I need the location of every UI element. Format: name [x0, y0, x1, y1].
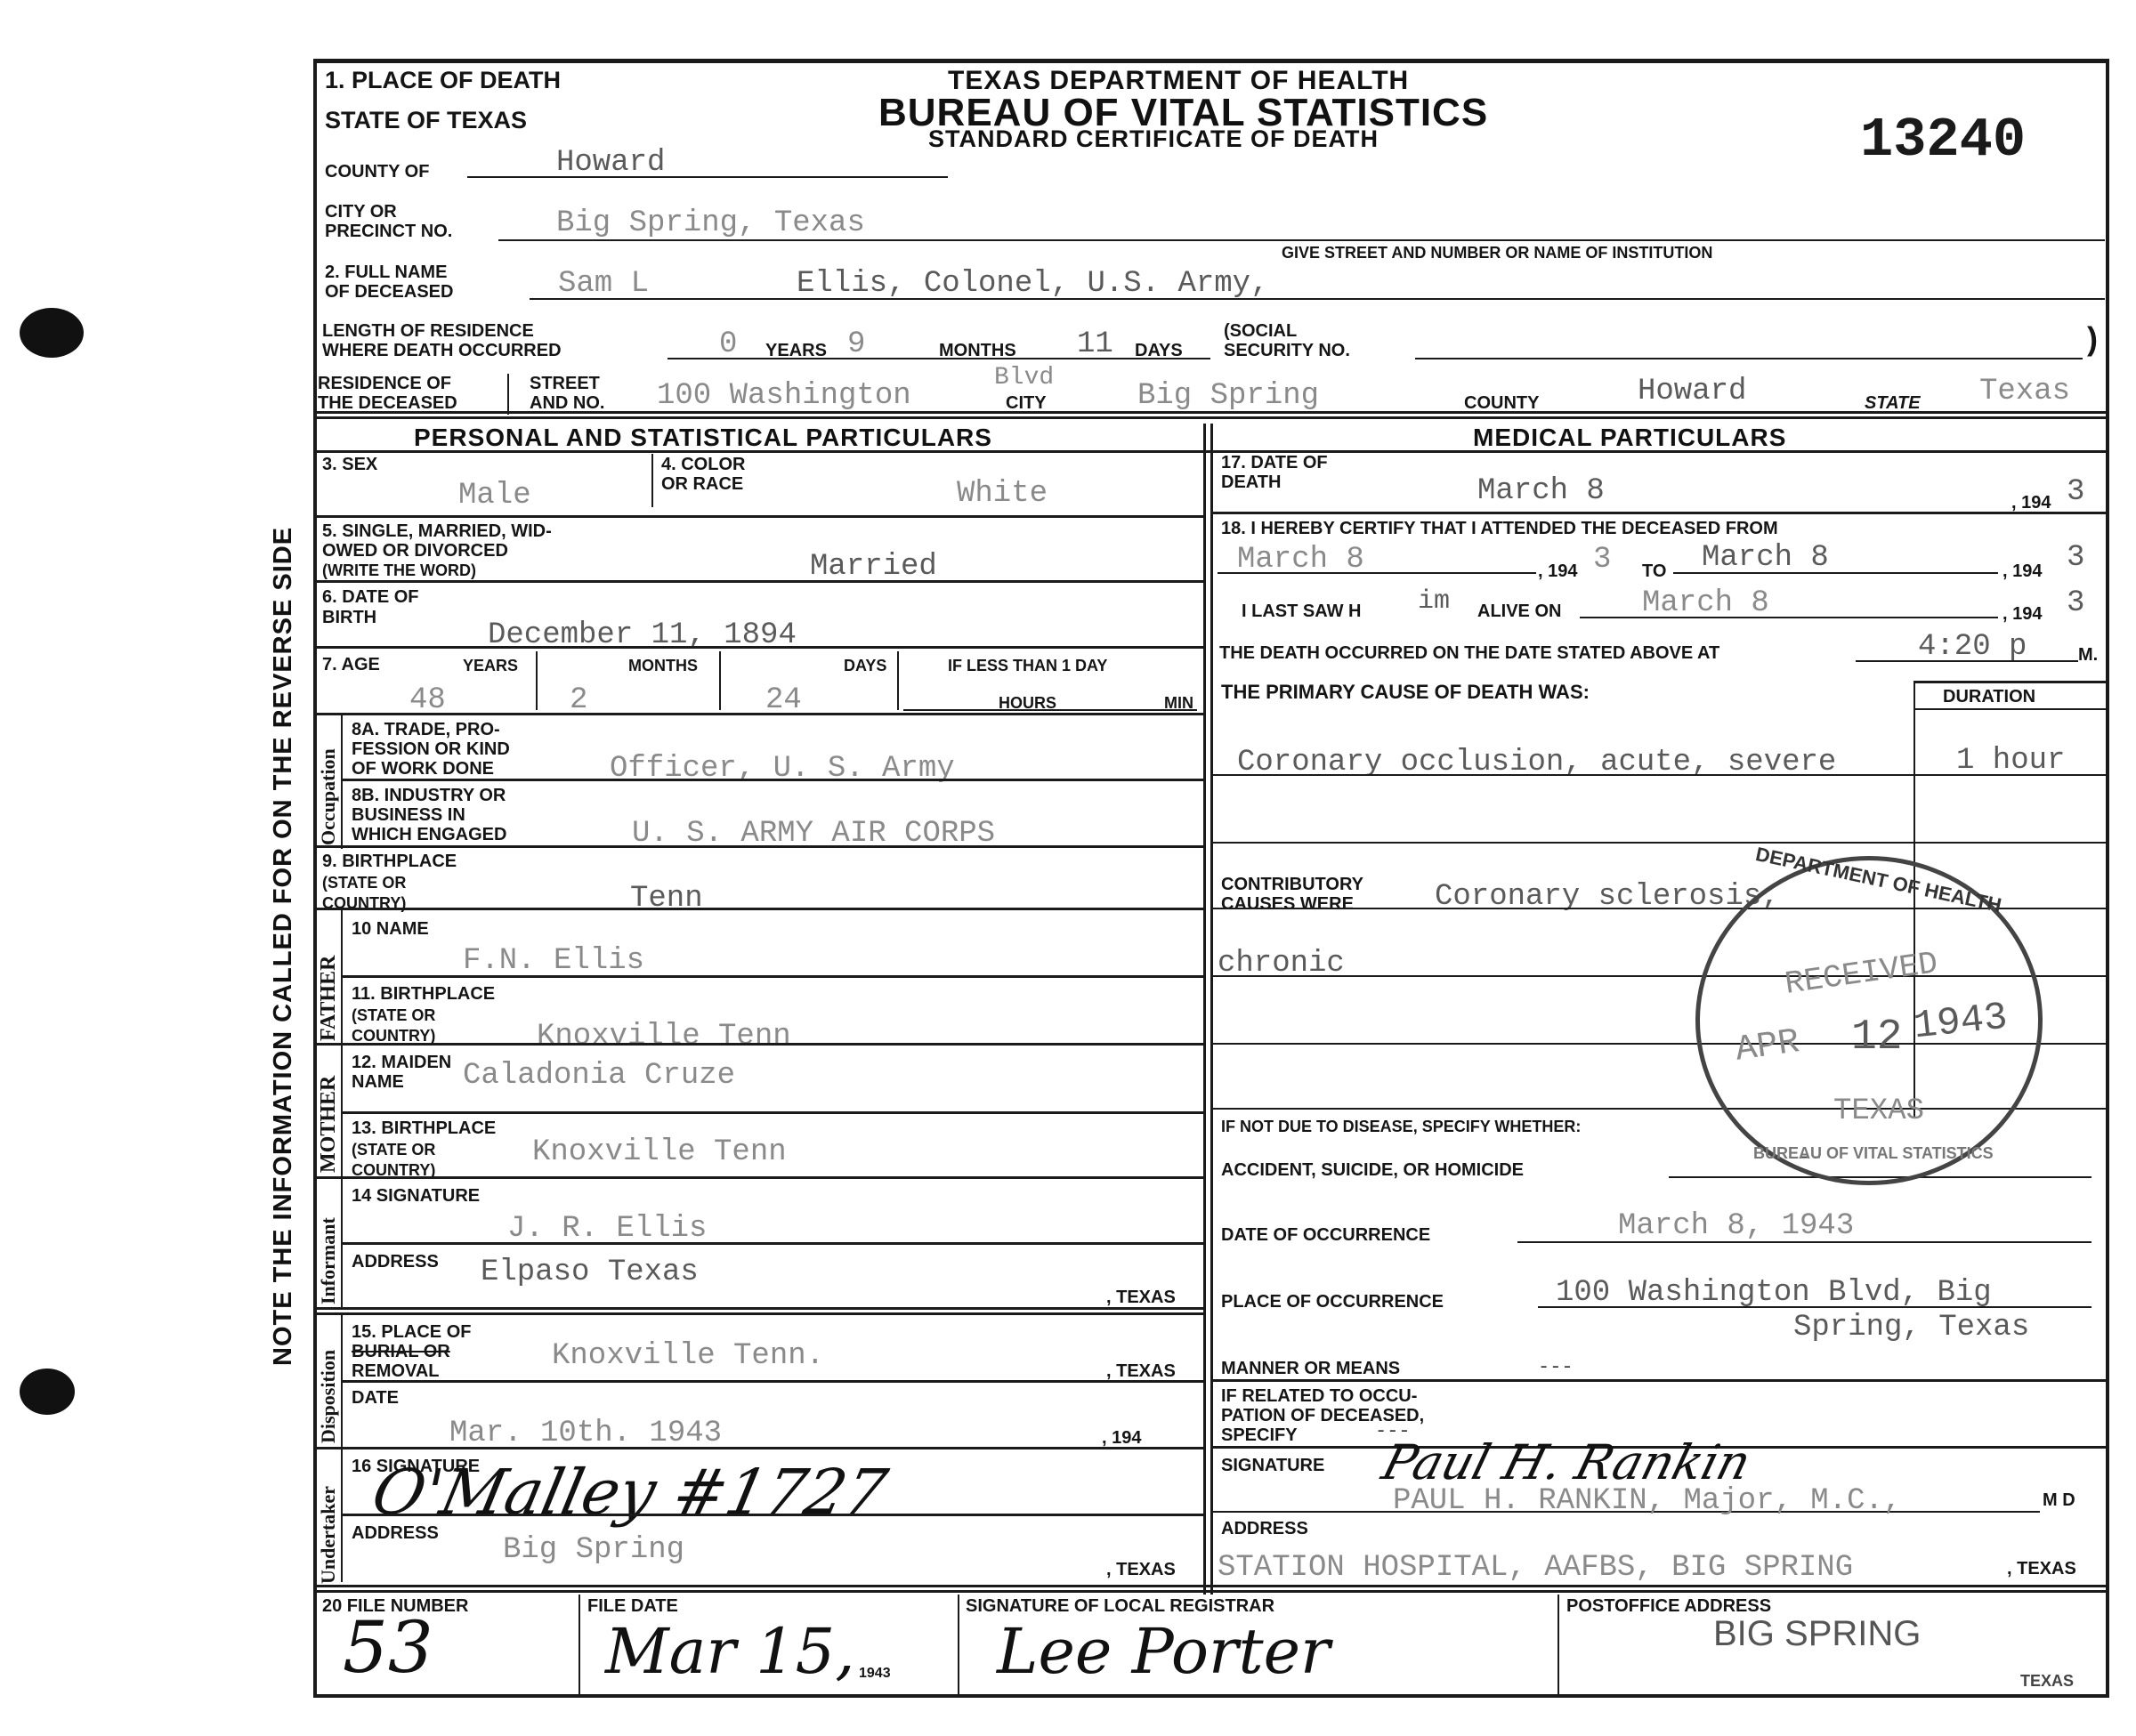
- dob-label-1: 6. DATE OF: [322, 588, 419, 607]
- undertaker-address: Big Spring: [503, 1535, 684, 1565]
- received-stamp: DEPARTMENT OF HEALTH RECEIVED APR 12 194…: [1695, 856, 2043, 1185]
- trade-label-3: OF WORK DONE: [352, 760, 494, 779]
- row-rule-informant: [313, 1307, 1203, 1310]
- industry-label-3: WHICH ENGAGED: [352, 826, 506, 844]
- occurrence-date: March 8, 1943: [1618, 1211, 1854, 1241]
- father-side-label: FATHER: [317, 956, 341, 1041]
- sex-race-divider: [651, 454, 653, 507]
- row-rule-father-name: [343, 975, 1203, 978]
- informant-side-label: Informant: [317, 1217, 340, 1304]
- informant-signature: J. R. Ellis: [507, 1214, 707, 1244]
- trade-label-2: FESSION OR KIND: [352, 740, 510, 759]
- footer-top-rule: [313, 1585, 2109, 1587]
- row-rule-undertaker-sig: [343, 1514, 1203, 1516]
- section-personal: PERSONAL AND STATISTICAL PARTICULARS: [414, 424, 992, 452]
- stamp-year: 1943: [1912, 998, 2010, 1047]
- social-paren-close: ): [2087, 322, 2098, 356]
- file-date-year: 1943: [859, 1667, 891, 1682]
- age-days-label: DAYS: [844, 658, 886, 674]
- file-number: 53: [343, 1606, 433, 1689]
- occurrence-place-2: Spring, Texas: [1793, 1312, 2029, 1343]
- footer-divider-1: [578, 1595, 580, 1694]
- undertaker-address-label: ADDRESS: [352, 1524, 439, 1543]
- father-birthplace-label-1: 11. BIRTHPLACE: [352, 985, 495, 1004]
- frame-bottom: [313, 1694, 2109, 1698]
- certificate-type: STANDARD CERTIFICATE OF DEATH: [928, 125, 1379, 153]
- burial-texas: , TEXAS: [1106, 1362, 1176, 1381]
- postoffice-value: BIG SPRING: [1713, 1615, 1921, 1652]
- mother-name-label-1: 12. MAIDEN: [352, 1054, 451, 1072]
- row-rule-marital: [313, 580, 1203, 583]
- last-saw-year-digit: 3: [2067, 588, 2084, 618]
- name-label-1: 2. FULL NAME: [325, 263, 447, 282]
- residence-length-label-1: LENGTH OF RESIDENCE: [322, 322, 534, 341]
- attended-to-year: , 194: [2002, 562, 2042, 581]
- age-divider-1: [536, 651, 538, 710]
- punch-hole-bottom: [20, 1369, 75, 1415]
- frame-top: [313, 59, 2109, 63]
- race-value: White: [957, 479, 1048, 509]
- row-rule-industry: [313, 845, 1203, 848]
- row-rule-age: [313, 713, 1203, 715]
- marital-label-3: (WRITE THE WORD): [322, 562, 476, 579]
- postoffice-label: POSTOFFICE ADDRESS: [1566, 1597, 1771, 1616]
- mother-name-label-2: NAME: [352, 1073, 404, 1092]
- row-rule-mother-name: [343, 1111, 1203, 1114]
- residence-divider: [507, 374, 509, 415]
- frame-right: [2106, 59, 2109, 1698]
- trade-label-1: 8A. TRADE, PRO-: [352, 721, 500, 739]
- industry-value: U. S. ARMY AIR CORPS: [632, 819, 995, 849]
- not-disease-label: IF NOT DUE TO DISEASE, SPECIFY WHETHER:: [1221, 1118, 1581, 1135]
- physician-address-label: ADDRESS: [1221, 1520, 1308, 1538]
- age-divider-3: [897, 651, 899, 710]
- residence-label-1: RESIDENCE OF: [318, 375, 451, 393]
- age-divider-2: [719, 651, 721, 710]
- race-label-2: OR RACE: [661, 475, 743, 494]
- stamp-state: TEXAS: [1833, 1096, 1924, 1126]
- occurrence-date-label: DATE OF OCCURRENCE: [1221, 1226, 1430, 1245]
- cause-rule-1: [1212, 774, 2109, 776]
- months-value: 9: [847, 329, 865, 359]
- informant-texas: , TEXAS: [1106, 1288, 1176, 1307]
- father-name-label: 10 NAME: [352, 920, 429, 939]
- row-rule-birthplace: [313, 908, 1203, 910]
- registrar-signature: Lee Porter: [997, 1615, 1330, 1688]
- father-name: F.N. Ellis: [463, 946, 644, 976]
- duration-label: DURATION: [1943, 688, 2035, 707]
- file-date-label: FILE DATE: [587, 1597, 678, 1616]
- row-rule-mother: [313, 1176, 1203, 1179]
- last-saw-year: , 194: [2002, 605, 2042, 624]
- residence-length-label-2: WHERE DEATH OCCURRED: [322, 342, 562, 360]
- sex-label: 3. SEX: [322, 456, 377, 474]
- registrar-label: SIGNATURE OF LOCAL REGISTRAR: [966, 1597, 1274, 1616]
- res-county-value: Howard: [1638, 376, 1746, 407]
- duration-top-rule: [1913, 681, 2109, 683]
- age-months: 2: [570, 685, 587, 715]
- manner-value: ---: [1538, 1358, 1574, 1377]
- death-year-digit: 3: [2067, 477, 2084, 507]
- row-rule-burial: [343, 1380, 1203, 1383]
- footer-divider-3: [1557, 1595, 1559, 1694]
- certify-text: 18. I HEREBY CERTIFY THAT I ATTENDED THE…: [1221, 520, 1778, 538]
- primary-cause-label: THE PRIMARY CAUSE OF DEATH WAS:: [1221, 682, 1590, 702]
- row-rule-death-date: [1212, 512, 2109, 514]
- occupation-side-label: Occupation: [317, 748, 340, 845]
- years-value: 0: [719, 329, 737, 359]
- res-city-value: Big Spring: [1137, 381, 1319, 411]
- physician-address: STATION HOSPITAL, AAFBS, BIG SPRING: [1218, 1553, 1853, 1583]
- to-label: TO: [1642, 562, 1666, 581]
- row-rule-burial-date: [313, 1447, 1203, 1449]
- last-saw-pronoun: im: [1418, 588, 1450, 615]
- informant-address: Elpaso Texas: [481, 1257, 699, 1288]
- mother-birthplace-label-2: (STATE OR: [352, 1142, 435, 1159]
- attended-from-year: , 194: [1538, 562, 1577, 581]
- mother-side-label: MOTHER: [317, 1076, 341, 1173]
- mother-name: Caladonia Cruze: [463, 1061, 735, 1091]
- informant-address-label: ADDRESS: [352, 1253, 439, 1272]
- attended-to-year-digit: 3: [2067, 543, 2084, 573]
- social-label-2: SECURITY NO.: [1224, 342, 1350, 360]
- center-divider-b: [1210, 424, 1213, 1595]
- occ-related-label-3: SPECIFY: [1221, 1426, 1298, 1445]
- row-rule-manner: [1212, 1379, 2109, 1382]
- age-days: 24: [765, 685, 802, 715]
- county-value: Howard: [556, 148, 665, 178]
- sex-value: Male: [458, 480, 531, 511]
- age-label: 7. AGE: [322, 656, 380, 674]
- last-saw-label: I LAST SAW H: [1242, 602, 1361, 621]
- center-divider-a: [1203, 424, 1206, 1595]
- last-saw-date: March 8: [1642, 588, 1769, 618]
- street-label-1: STREET: [530, 375, 600, 393]
- death-year-prefix: , 194: [2011, 494, 2051, 513]
- industry-label-1: 8B. INDUSTRY OR: [352, 787, 506, 805]
- name-underline: [530, 298, 2105, 300]
- file-date: Mar 15,: [605, 1615, 854, 1688]
- last-name: Ellis, Colonel, U.S. Army,: [797, 269, 1269, 299]
- res-state-value: Texas: [1979, 376, 2070, 407]
- physician-signature: Paul H. Rankin: [1377, 1434, 1757, 1490]
- occ-related-label-1: IF RELATED TO OCCU-: [1221, 1387, 1417, 1406]
- physician-typed: PAUL H. RANKIN, Major, M.C.,: [1393, 1486, 1901, 1516]
- institution-hint: GIVE STREET AND NUMBER OR NAME OF INSTIT…: [1282, 245, 1712, 262]
- birthplace-label-2: (STATE OR: [322, 875, 406, 892]
- md-label: M D: [2043, 1491, 2075, 1510]
- undertaker-texas: , TEXAS: [1106, 1561, 1176, 1579]
- contributory-label-1: CONTRIBUTORY: [1221, 876, 1363, 894]
- marital-label-1: 5. SINGLE, MARRIED, WID-: [322, 522, 552, 541]
- mother-birthplace-label-1: 13. BIRTHPLACE: [352, 1119, 496, 1138]
- time-value: 4:20 p: [1918, 632, 2027, 662]
- attended-from-year-digit: 3: [1593, 545, 1611, 575]
- days-label: DAYS: [1135, 342, 1183, 360]
- row-rule-informant-sig: [343, 1242, 1203, 1245]
- disposition-side-label: Disposition: [317, 1350, 340, 1443]
- death-date-label-2: DEATH: [1221, 473, 1281, 492]
- age-years-label: YEARS: [463, 658, 518, 674]
- manner-label: MANNER OR MEANS: [1221, 1360, 1400, 1378]
- min-label: MIN: [1164, 695, 1193, 712]
- months-label: MONTHS: [939, 342, 1016, 360]
- birthplace-label-1: 9. BIRTHPLACE: [322, 852, 457, 871]
- accident-label: ACCIDENT, SUICIDE, OR HOMICIDE: [1221, 1161, 1524, 1180]
- stamp-received: RECEIVED: [1783, 948, 1939, 1001]
- stamp-day: 12: [1851, 1016, 1903, 1059]
- street-label-2: AND NO.: [530, 394, 604, 413]
- res-city-label: CITY: [1006, 394, 1047, 413]
- undertaker-signature: O'Malley #1727: [366, 1456, 893, 1529]
- frame-left: [313, 59, 317, 1698]
- street-value: 100 Washington: [657, 381, 911, 411]
- county-label: COUNTY OF: [325, 163, 429, 182]
- city-label-1: CITY OR: [325, 203, 397, 222]
- alive-on-label: ALIVE ON: [1477, 602, 1561, 621]
- cause-rule-2: [1212, 842, 2109, 844]
- burial-label-1: 15. PLACE OF: [352, 1323, 471, 1342]
- burial-label-3: REMOVAL: [352, 1362, 440, 1381]
- time-label: THE DEATH OCCURRED ON THE DATE STATED AB…: [1219, 644, 1719, 663]
- row-rule-dob: [313, 646, 1203, 649]
- row-rule-sex: [313, 515, 1203, 518]
- stamp-top-text: DEPARTMENT OF HEALTH: [1754, 844, 2003, 916]
- postoffice-state: TEXAS: [2020, 1673, 2074, 1690]
- years-label: YEARS: [765, 342, 827, 360]
- contributory-cause-2: chronic: [1218, 949, 1345, 979]
- street-value-2: Blvd: [994, 366, 1054, 391]
- city-value: Big Spring, Texas: [556, 208, 865, 238]
- burial-year-suffix: , 194: [1102, 1429, 1141, 1448]
- contributory-label-2: CAUSES WERE: [1221, 895, 1354, 914]
- section-medical: MEDICAL PARTICULARS: [1473, 424, 1786, 452]
- occurrence-place-1: 100 Washington Blvd, Big: [1556, 1278, 1992, 1308]
- attended-to: March 8: [1702, 543, 1829, 573]
- burial-value: Knoxville Tenn.: [552, 1341, 824, 1371]
- marital-value: Married: [810, 552, 937, 582]
- primary-cause: Coronary occlusion, acute, severe: [1237, 747, 1836, 778]
- age-years: 48: [409, 685, 446, 715]
- state-label: STATE OF TEXAS: [325, 108, 527, 133]
- informant-signature-label: 14 SIGNATURE: [352, 1187, 480, 1206]
- place-of-death-label: 1. PLACE OF DEATH: [325, 68, 561, 93]
- stamp-month: APR: [1734, 1025, 1802, 1070]
- city-label-2: PRECINCT NO.: [325, 222, 452, 241]
- death-date: March 8: [1477, 476, 1605, 506]
- marital-label-2: OWED OR DIVORCED: [322, 542, 508, 561]
- occurrence-place-label: PLACE OF OCCURRENCE: [1221, 1293, 1444, 1312]
- days-value: 11: [1077, 329, 1113, 359]
- father-birthplace: Knoxville Tenn: [537, 1021, 791, 1052]
- hours-label: HOURS: [999, 695, 1056, 712]
- footer-divider-2: [958, 1595, 959, 1694]
- physician-signature-label: SIGNATURE: [1221, 1457, 1324, 1475]
- less-than-day-label: IF LESS THAN 1 DAY: [948, 658, 1107, 674]
- mother-birthplace: Knoxville Tenn: [532, 1137, 787, 1167]
- attended-from: March 8: [1237, 545, 1364, 575]
- social-underline: [1415, 358, 2083, 359]
- undertaker-side-label: Undertaker: [317, 1486, 340, 1584]
- burial-date: Mar. 10th. 1943: [449, 1418, 722, 1449]
- row-rule-father: [313, 1043, 1203, 1046]
- residence-rule: [313, 411, 2109, 414]
- burial-date-label: DATE: [352, 1389, 399, 1408]
- time-suffix: M.: [2078, 646, 2098, 665]
- reverse-side-note: NOTE THE INFORMATION CALLED FOR ON THE R…: [269, 527, 298, 1366]
- county-underline: [467, 176, 948, 178]
- age-months-label: MONTHS: [628, 658, 698, 674]
- punch-hole-top: [20, 308, 84, 358]
- industry-label-2: BUSINESS IN: [352, 806, 465, 825]
- res-state-label: STATE: [1865, 394, 1921, 413]
- death-date-label-1: 17. DATE OF: [1221, 454, 1328, 472]
- name-label-2: OF DECEASED: [325, 283, 453, 302]
- race-label-1: 4. COLOR: [661, 456, 745, 474]
- duration-under-rule: [1913, 708, 2109, 710]
- burial-label-2: BURIAL OR: [352, 1343, 450, 1361]
- social-label-1: (SOCIAL: [1224, 322, 1297, 341]
- stamp-bottom-text: BUREAU OF VITAL STATISTICS: [1753, 1145, 1994, 1162]
- occupation-side-divider: [341, 715, 343, 849]
- father-birthplace-label-2: (STATE OR: [352, 1007, 435, 1024]
- residence-label-2: THE DECEASED: [318, 394, 457, 413]
- mother-side-divider: [341, 1045, 343, 1176]
- certificate-number: 13240: [1860, 109, 2026, 172]
- primary-duration: 1 hour: [1956, 746, 2065, 776]
- res-county-label: COUNTY: [1464, 394, 1539, 413]
- physician-texas: , TEXAS: [2007, 1560, 2076, 1579]
- first-name: Sam L: [558, 269, 649, 299]
- dob-label-2: BIRTH: [322, 609, 376, 627]
- row-rule-trade: [343, 779, 1203, 781]
